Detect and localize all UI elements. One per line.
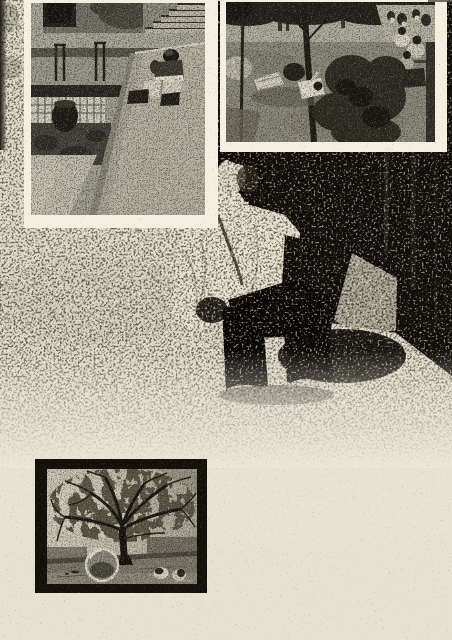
- tree-photo-artwork: [35, 459, 207, 593]
- scanned-photobook-page: Heavily grained photograph of a boy crou…: [0, 0, 452, 640]
- pool-photo-artwork: [24, 0, 218, 228]
- scan-edge-shadow: [0, 0, 7, 150]
- garden-photo-artwork: [220, 0, 447, 152]
- scan-edge-mark: [428, 0, 452, 2]
- photo-framed-bare-tree: Black-framed photograph of a huge bare g…: [35, 459, 207, 593]
- photo-child-on-pool-ledge: A child lies on a long diagonal concrete…: [24, 0, 218, 228]
- photo-garden-siesta: A shaded garden: people nap on the grass…: [220, 0, 447, 152]
